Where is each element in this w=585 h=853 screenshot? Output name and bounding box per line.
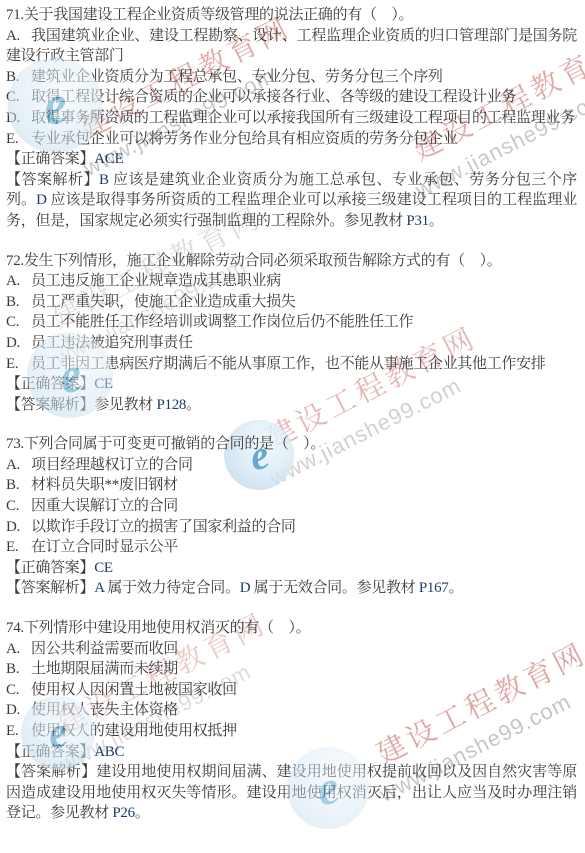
option-label: D. bbox=[6, 108, 20, 129]
option-D: D.取得事务所资质的工程监理企业可以承接我国所有三级建设工程项目的工程监理业务 bbox=[6, 108, 577, 129]
option-label: D. bbox=[6, 700, 20, 721]
option-label: D. bbox=[6, 517, 20, 538]
option-text: 专业承包企业可以将劳务作业分包给具有相应资质的劳务分包企业 bbox=[31, 131, 457, 147]
analysis-label: 【答案解析】 bbox=[6, 172, 99, 188]
option-label: E. bbox=[6, 129, 20, 150]
question-block: 73.下列合同属于可变更可撤销的合同的是（ ）。A.项目经理越权订立的合同B.材… bbox=[6, 434, 577, 599]
option-D: D.以欺诈手段订立的损害了国家利益的合同 bbox=[6, 517, 577, 538]
answer-value: CE bbox=[94, 376, 113, 392]
answer-line: 【正确答案】ACE bbox=[6, 149, 577, 170]
option-B: B.材料员失职**废旧钢材 bbox=[6, 475, 577, 496]
question-number: 73. bbox=[6, 436, 24, 452]
question-stem: 72.发生下列情形，施工企业解除劳动合同必须采取预告解除方式的有（ ）。 bbox=[6, 251, 577, 272]
option-text: 在订立合同时显示公平 bbox=[31, 539, 178, 555]
answer-value: ABC bbox=[94, 744, 124, 760]
option-A: A.我国建筑业企业、建设工程勘察、设计、工程监理企业资质的归口管理部门是国务院建… bbox=[6, 26, 577, 67]
option-E: E.使用权人的建设用地使用权抵押 bbox=[6, 721, 577, 742]
option-label: B. bbox=[6, 67, 20, 88]
option-E: E.专业承包企业可以将劳务作业分包给具有相应资质的劳务分包企业 bbox=[6, 129, 577, 150]
question-stem-text: 下列情形中建设用地使用权消灭的有（ ）。 bbox=[24, 620, 311, 636]
option-text: 因公共利益需要而收回 bbox=[31, 641, 178, 657]
option-text: 建筑业企业资质分为工程总承包、专业分包、劳务分包三个序列 bbox=[31, 69, 443, 85]
option-label: C. bbox=[6, 496, 20, 517]
question-stem: 73.下列合同属于可变更可撤销的合同的是（ ）。 bbox=[6, 434, 577, 455]
option-label: A. bbox=[6, 639, 20, 660]
question-stem: 74.下列情形中建设用地使用权消灭的有（ ）。 bbox=[6, 618, 577, 639]
option-text: 以欺诈手段订立的损害了国家利益的合同 bbox=[31, 519, 296, 535]
latin-ref: B bbox=[99, 172, 109, 188]
analysis-label: 【答案解析】 bbox=[6, 580, 94, 596]
option-label: B. bbox=[6, 659, 20, 680]
analysis-line: 【答案解析】参见教材 P128。 bbox=[6, 395, 577, 416]
option-text: 我国建筑业企业、建设工程勘察、设计、工程监理企业资质的归口管理部门是国务院建设行… bbox=[6, 28, 577, 65]
latin-ref: P167 bbox=[419, 580, 449, 596]
option-text: 员工非因工患病医疗期满后不能从事原工作，也不能从事施工企业其他工作安排 bbox=[31, 356, 546, 372]
question-stem-text: 关于我国建设工程企业资质等级管理的说法正确的有（ ）。 bbox=[24, 7, 413, 23]
option-D: D.员工违法被追究刑事责任 bbox=[6, 333, 577, 354]
option-A: A.因公共利益需要而收回 bbox=[6, 639, 577, 660]
option-B: B.建筑业企业资质分为工程总承包、专业分包、劳务分包三个序列 bbox=[6, 67, 577, 88]
option-text: 使用权人的建设用地使用权抵押 bbox=[31, 723, 237, 739]
exam-answer-page: 建设工程教育网www.jianshe99.com建设工程教育网www.jians… bbox=[0, 0, 585, 853]
option-label: D. bbox=[6, 333, 20, 354]
question-number: 72. bbox=[6, 253, 24, 269]
analysis-line: 【答案解析】B 应该是建筑业企业资质分为施工总承包、专业承包、劳务分包三个序列。… bbox=[6, 170, 577, 232]
questions-container: 71.关于我国建设工程企业资质等级管理的说法正确的有（ ）。A.我国建筑业企业、… bbox=[0, 0, 585, 824]
analysis-label: 【答案解析】 bbox=[6, 397, 94, 413]
question-stem: 71.关于我国建设工程企业资质等级管理的说法正确的有（ ）。 bbox=[6, 5, 577, 26]
answer-label: 【正确答案】 bbox=[6, 376, 94, 392]
latin-ref: A bbox=[94, 580, 104, 596]
option-label: E. bbox=[6, 721, 20, 742]
latin-ref: P31 bbox=[406, 213, 428, 229]
option-E: E.在订立合同时显示公平 bbox=[6, 537, 577, 558]
option-text: 土地期限届满而未续期 bbox=[31, 661, 178, 677]
option-label: C. bbox=[6, 87, 20, 108]
option-text: 使用权人因闲置土地被国家收回 bbox=[31, 682, 237, 698]
option-text: 员工违法被追究刑事责任 bbox=[31, 335, 193, 351]
answer-value: ACE bbox=[94, 151, 123, 167]
answer-label: 【正确答案】 bbox=[6, 744, 94, 760]
option-A: A.员工违反施工企业规章造成其患职业病 bbox=[6, 271, 577, 292]
analysis-label: 【答案解析】 bbox=[6, 764, 96, 780]
option-label: A. bbox=[6, 271, 20, 292]
question-block: 71.关于我国建设工程企业资质等级管理的说法正确的有（ ）。A.我国建筑业企业、… bbox=[6, 5, 577, 232]
latin-ref: P128 bbox=[156, 397, 186, 413]
option-D: D.使用权人丧失主体资格 bbox=[6, 700, 577, 721]
question-number: 74. bbox=[6, 620, 24, 636]
option-C: C.取得工程设计综合资质的企业可以承接各行业、各等级的建设工程设计业务 bbox=[6, 87, 577, 108]
answer-label: 【正确答案】 bbox=[6, 560, 94, 576]
option-text: 使用权人丧失主体资格 bbox=[31, 702, 178, 718]
option-label: C. bbox=[6, 312, 20, 333]
question-number: 71. bbox=[6, 7, 24, 23]
analysis-line: 【答案解析】A 属于效力待定合同。D 属于无效合同。参见教材 P167。 bbox=[6, 578, 577, 599]
question-stem-text: 发生下列情形，施工企业解除劳动合同必须采取预告解除方式的有（ ）。 bbox=[24, 253, 502, 269]
answer-value: CE bbox=[94, 560, 113, 576]
option-text: 取得事务所资质的工程监理企业可以承接我国所有三级建设工程项目的工程监理业务 bbox=[31, 110, 575, 126]
option-text: 材料员失职**废旧钢材 bbox=[31, 477, 178, 493]
latin-ref: P26 bbox=[112, 805, 134, 821]
option-label: E. bbox=[6, 537, 20, 558]
option-label: B. bbox=[6, 292, 20, 313]
option-label: A. bbox=[6, 26, 20, 47]
question-block: 74.下列情形中建设用地使用权消灭的有（ ）。A.因公共利益需要而收回B.土地期… bbox=[6, 618, 577, 824]
option-C: C.因重大误解订立的合同 bbox=[6, 496, 577, 517]
answer-line: 【正确答案】CE bbox=[6, 558, 577, 579]
answer-line: 【正确答案】CE bbox=[6, 374, 577, 395]
option-C: C.员工不能胜任工作经培训或调整工作岗位后仍不能胜任工作 bbox=[6, 312, 577, 333]
option-B: B.土地期限届满而未续期 bbox=[6, 659, 577, 680]
analysis-text: A 属于效力待定合同。D 属于无效合同。参见教材 P167。 bbox=[94, 580, 463, 596]
option-text: 员工严重失职，使施工企业造成重大损失 bbox=[31, 294, 296, 310]
analysis-text: 参见教材 P128。 bbox=[94, 397, 201, 413]
answer-label: 【正确答案】 bbox=[6, 151, 94, 167]
option-E: E.员工非因工患病医疗期满后不能从事原工作，也不能从事施工企业其他工作安排 bbox=[6, 354, 577, 375]
option-text: 因重大误解订立的合同 bbox=[31, 498, 178, 514]
option-label: B. bbox=[6, 475, 20, 496]
question-block: 72.发生下列情形，施工企业解除劳动合同必须采取预告解除方式的有（ ）。A.员工… bbox=[6, 251, 577, 416]
option-C: C.使用权人因闲置土地被国家收回 bbox=[6, 680, 577, 701]
latin-ref: D bbox=[36, 192, 47, 208]
option-label: E. bbox=[6, 354, 20, 375]
option-label: C. bbox=[6, 680, 20, 701]
option-label: A. bbox=[6, 455, 20, 476]
option-B: B.员工严重失职，使施工企业造成重大损失 bbox=[6, 292, 577, 313]
answer-line: 【正确答案】ABC bbox=[6, 742, 577, 763]
option-text: 取得工程设计综合资质的企业可以承接各行业、各等级的建设工程设计业务 bbox=[31, 89, 516, 105]
option-text: 项目经理越权订立的合同 bbox=[31, 457, 193, 473]
analysis-line: 【答案解析】建设用地使用权期间届满、建设用地使用权提前收回以及因自然灾害等原因造… bbox=[6, 762, 577, 824]
option-A: A.项目经理越权订立的合同 bbox=[6, 455, 577, 476]
option-text: 员工不能胜任工作经培训或调整工作岗位后仍不能胜任工作 bbox=[31, 314, 413, 330]
latin-ref: D bbox=[240, 580, 251, 596]
question-stem-text: 下列合同属于可变更可撤销的合同的是（ ）。 bbox=[24, 436, 325, 452]
option-text: 员工违反施工企业规章造成其患职业病 bbox=[31, 273, 281, 289]
